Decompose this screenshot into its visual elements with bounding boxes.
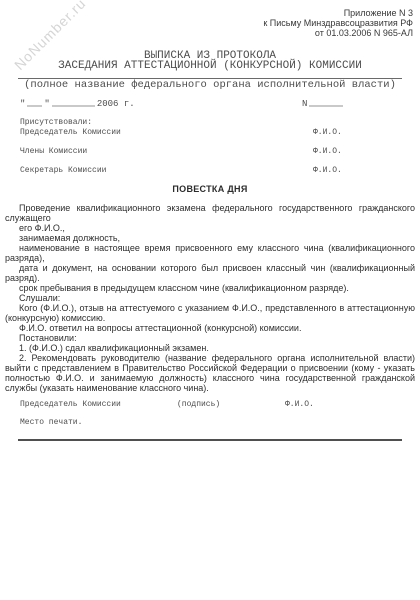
- document-title: ВЫПИСКА ИЗ ПРОТОКОЛА ЗАСЕДАНИЯ АТТЕСТАЦИ…: [20, 51, 400, 71]
- attendee-name-placeholder: Ф.И.О.: [313, 128, 342, 137]
- signature-role-label: Председатель Комиссии: [20, 400, 121, 409]
- agenda-paragraph: Слушали:: [5, 293, 415, 303]
- document-number-field: N: [302, 99, 345, 109]
- signature-row: Председатель Комиссии (подпись) Ф.И.О.: [20, 400, 400, 409]
- number-blank: [309, 105, 343, 107]
- agenda-body: Проведение квалификационного экзамена фе…: [5, 203, 415, 393]
- date-and-number-row: ""2006 г. N: [20, 99, 400, 109]
- agenda-heading: ПОВЕСТКА ДНЯ: [20, 184, 400, 194]
- date-close-quote: ": [44, 99, 49, 109]
- agenda-paragraph: срок пребывания в предыдущем классном чи…: [5, 283, 415, 293]
- annex-line-2: к Письму Минздравсоцразвития РФ: [20, 18, 413, 28]
- seal-place-label: Место печати.: [20, 418, 400, 427]
- present-label: Присутствовали:: [20, 118, 400, 127]
- annex-line-3: от 01.03.2006 N 965-АЛ: [20, 28, 413, 38]
- attendee-name-placeholder: Ф.И.О.: [313, 166, 342, 175]
- attendee-row-secretary: Секретарь Комиссии Ф.И.О.: [20, 166, 400, 175]
- attendee-name-placeholder: Ф.И.О.: [313, 147, 342, 156]
- signature-sign-placeholder: (подпись): [177, 400, 220, 409]
- date-open-quote: ": [20, 99, 25, 109]
- date-day-blank: [27, 105, 42, 107]
- attendee-role-label: Члены Комиссии: [20, 147, 87, 156]
- agenda-paragraph: наименование в настоящее время присвоенн…: [5, 243, 415, 263]
- attendee-row-chairman: Председатель Комиссии Ф.И.О.: [20, 128, 400, 137]
- agenda-paragraph: 1. (Ф.И.О.) сдал квалификационный экзаме…: [5, 343, 415, 353]
- agenda-paragraph: Ф.И.О. ответил на вопросы аттестационной…: [5, 323, 415, 333]
- signature-name-placeholder: Ф.И.О.: [285, 400, 314, 409]
- agenda-paragraph: Проведение квалификационного экзамена фе…: [5, 203, 415, 223]
- attendee-role-label: Секретарь Комиссии: [20, 166, 106, 175]
- agenda-paragraph: Постановили:: [5, 333, 415, 343]
- attendees-section: Присутствовали: Председатель Комиссии Ф.…: [20, 118, 400, 175]
- document-page: NoNumber.ru Приложение N 3 к Письму Минз…: [0, 0, 420, 600]
- bottom-divider: [18, 439, 402, 441]
- agenda-paragraph: 2. Рекомендовать руководителю (название …: [5, 353, 415, 393]
- document-title-line-2: ЗАСЕДАНИЯ АТТЕСТАЦИОННОЙ (КОНКУРСНОЙ) КО…: [0, 61, 420, 71]
- agenda-paragraph: занимаемая должность,: [5, 233, 415, 243]
- date-month-blank: [52, 105, 95, 107]
- agenda-paragraph: Кого (Ф.И.О.), отзыв на аттестуемого с у…: [5, 303, 415, 323]
- agenda-paragraph: его Ф.И.О.,: [5, 223, 415, 233]
- org-name-caption: (полное название федерального органа исп…: [2, 80, 418, 90]
- attendee-role-label: Председатель Комиссии: [20, 128, 121, 137]
- agenda-paragraph: дата и документ, на основании которого б…: [5, 263, 415, 283]
- date-year-text: 2006 г.: [97, 99, 135, 109]
- number-label: N: [302, 99, 307, 109]
- attendee-row-members: Члены Комиссии Ф.И.О.: [20, 147, 400, 156]
